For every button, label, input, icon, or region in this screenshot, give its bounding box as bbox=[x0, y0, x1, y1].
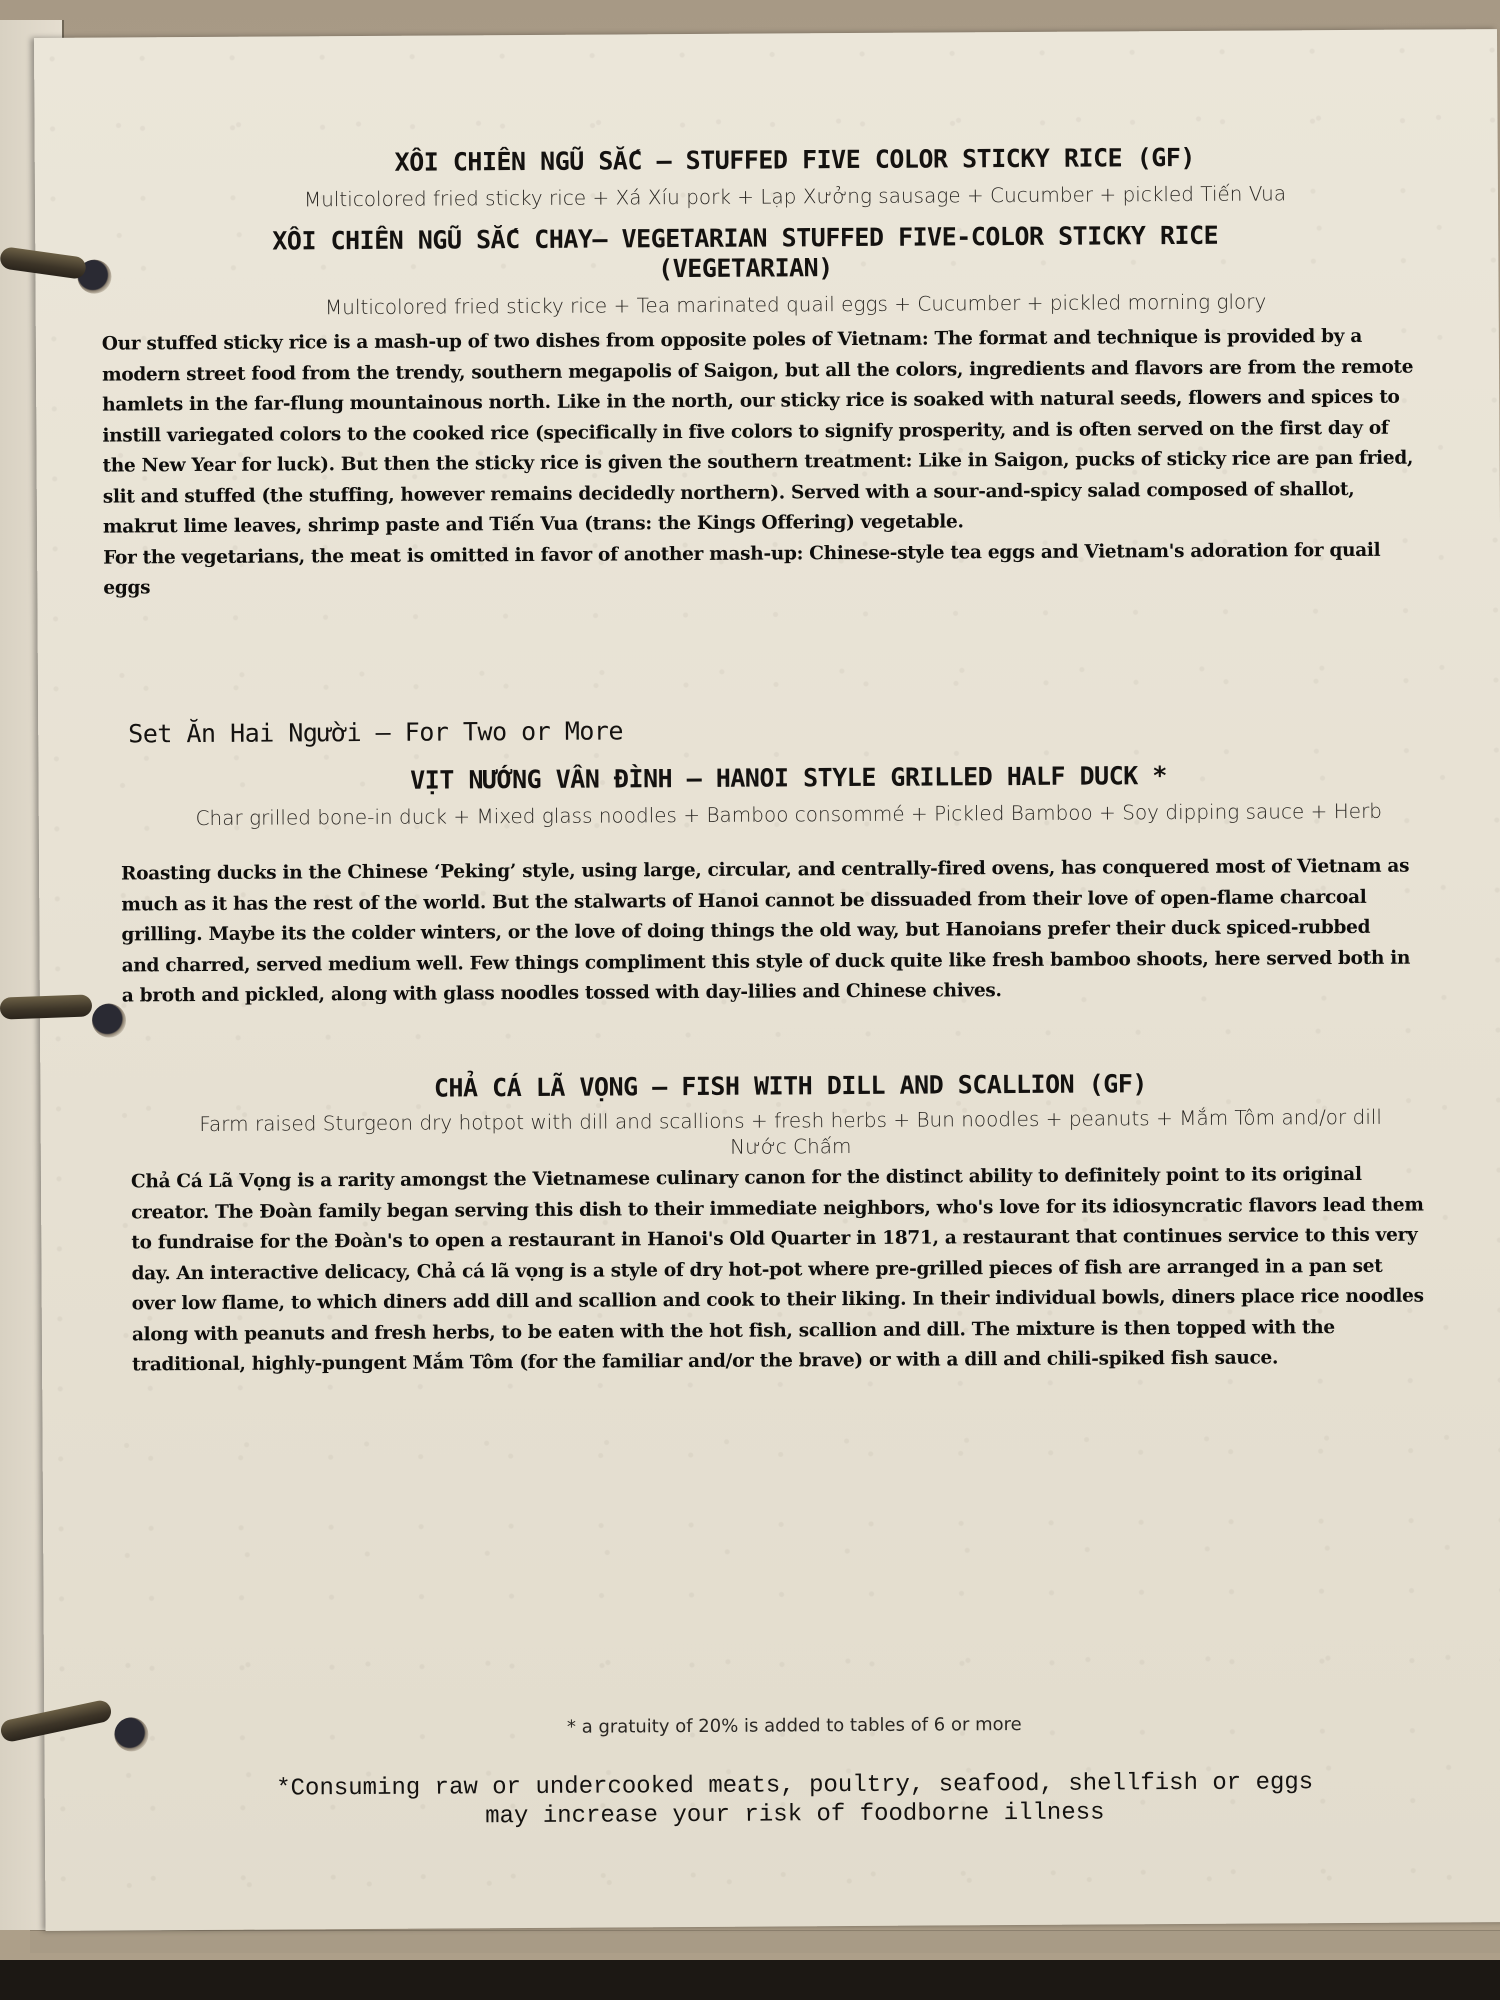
dish-description-duck: Roasting ducks in the Chinese ‘Peking’ s… bbox=[121, 852, 1412, 1012]
dish-description-fish: Chả Cá Lã Vọng is a rarity amongst the V… bbox=[131, 1159, 1432, 1380]
binder-ring bbox=[0, 994, 92, 1019]
section-heading-for-two: Set Ăn Hai Người – For Two or More bbox=[128, 716, 623, 748]
dish-description-sticky-rice: Our stuffed sticky rice is a mash-up of … bbox=[102, 322, 1420, 605]
sticky-rice-story: Our stuffed sticky rice is a mash-up of … bbox=[102, 326, 1413, 538]
dish-ingredients-duck: Char grilled bone-in duck + Mixed glass … bbox=[159, 798, 1419, 832]
binder-hole bbox=[114, 1717, 148, 1751]
dish-ingredients-sticky-rice: Multicolored fried sticky rice + Xá Xíu … bbox=[175, 180, 1415, 214]
food-safety-warning: *Consuming raw or undercooked meats, pou… bbox=[145, 1767, 1445, 1833]
dish-ingredients-sticky-rice-vegetarian: Multicolored fried sticky rice + Tea mar… bbox=[176, 288, 1416, 322]
dish-title-sticky-rice-vegetarian: XÔI CHIÊN NGŨ SẮC CHAY– VEGETARIAN STUFF… bbox=[235, 221, 1255, 287]
dish-title-duck: VỊT NƯỚNG VÂN ĐÌNH – HANOI STYLE GRILLED… bbox=[238, 760, 1338, 796]
menu-content: XÔI CHIÊN NGŨ SẮC – STUFFED FIVE COLOR S… bbox=[34, 29, 1500, 1931]
binder-hole bbox=[92, 1003, 126, 1037]
dish-title-sticky-rice: XÔI CHIÊN NGŨ SẮC – STUFFED FIVE COLOR S… bbox=[195, 142, 1395, 178]
dish-ingredients-fish: Farm raised Sturgeon dry hotpot with dil… bbox=[191, 1104, 1391, 1163]
menu-page: XÔI CHIÊN NGŨ SẮC – STUFFED FIVE COLOR S… bbox=[34, 29, 1500, 1931]
vegetarian-note: For the vegetarians, the meat is omitted… bbox=[103, 539, 1380, 598]
dish-title-fish: CHẢ CÁ LÃ VỌNG – FISH WITH DILL AND SCAL… bbox=[240, 1068, 1340, 1104]
gratuity-note: * a gratuity of 20% is added to tables o… bbox=[244, 1712, 1344, 1740]
binder-edge bbox=[30, 1930, 1500, 1953]
